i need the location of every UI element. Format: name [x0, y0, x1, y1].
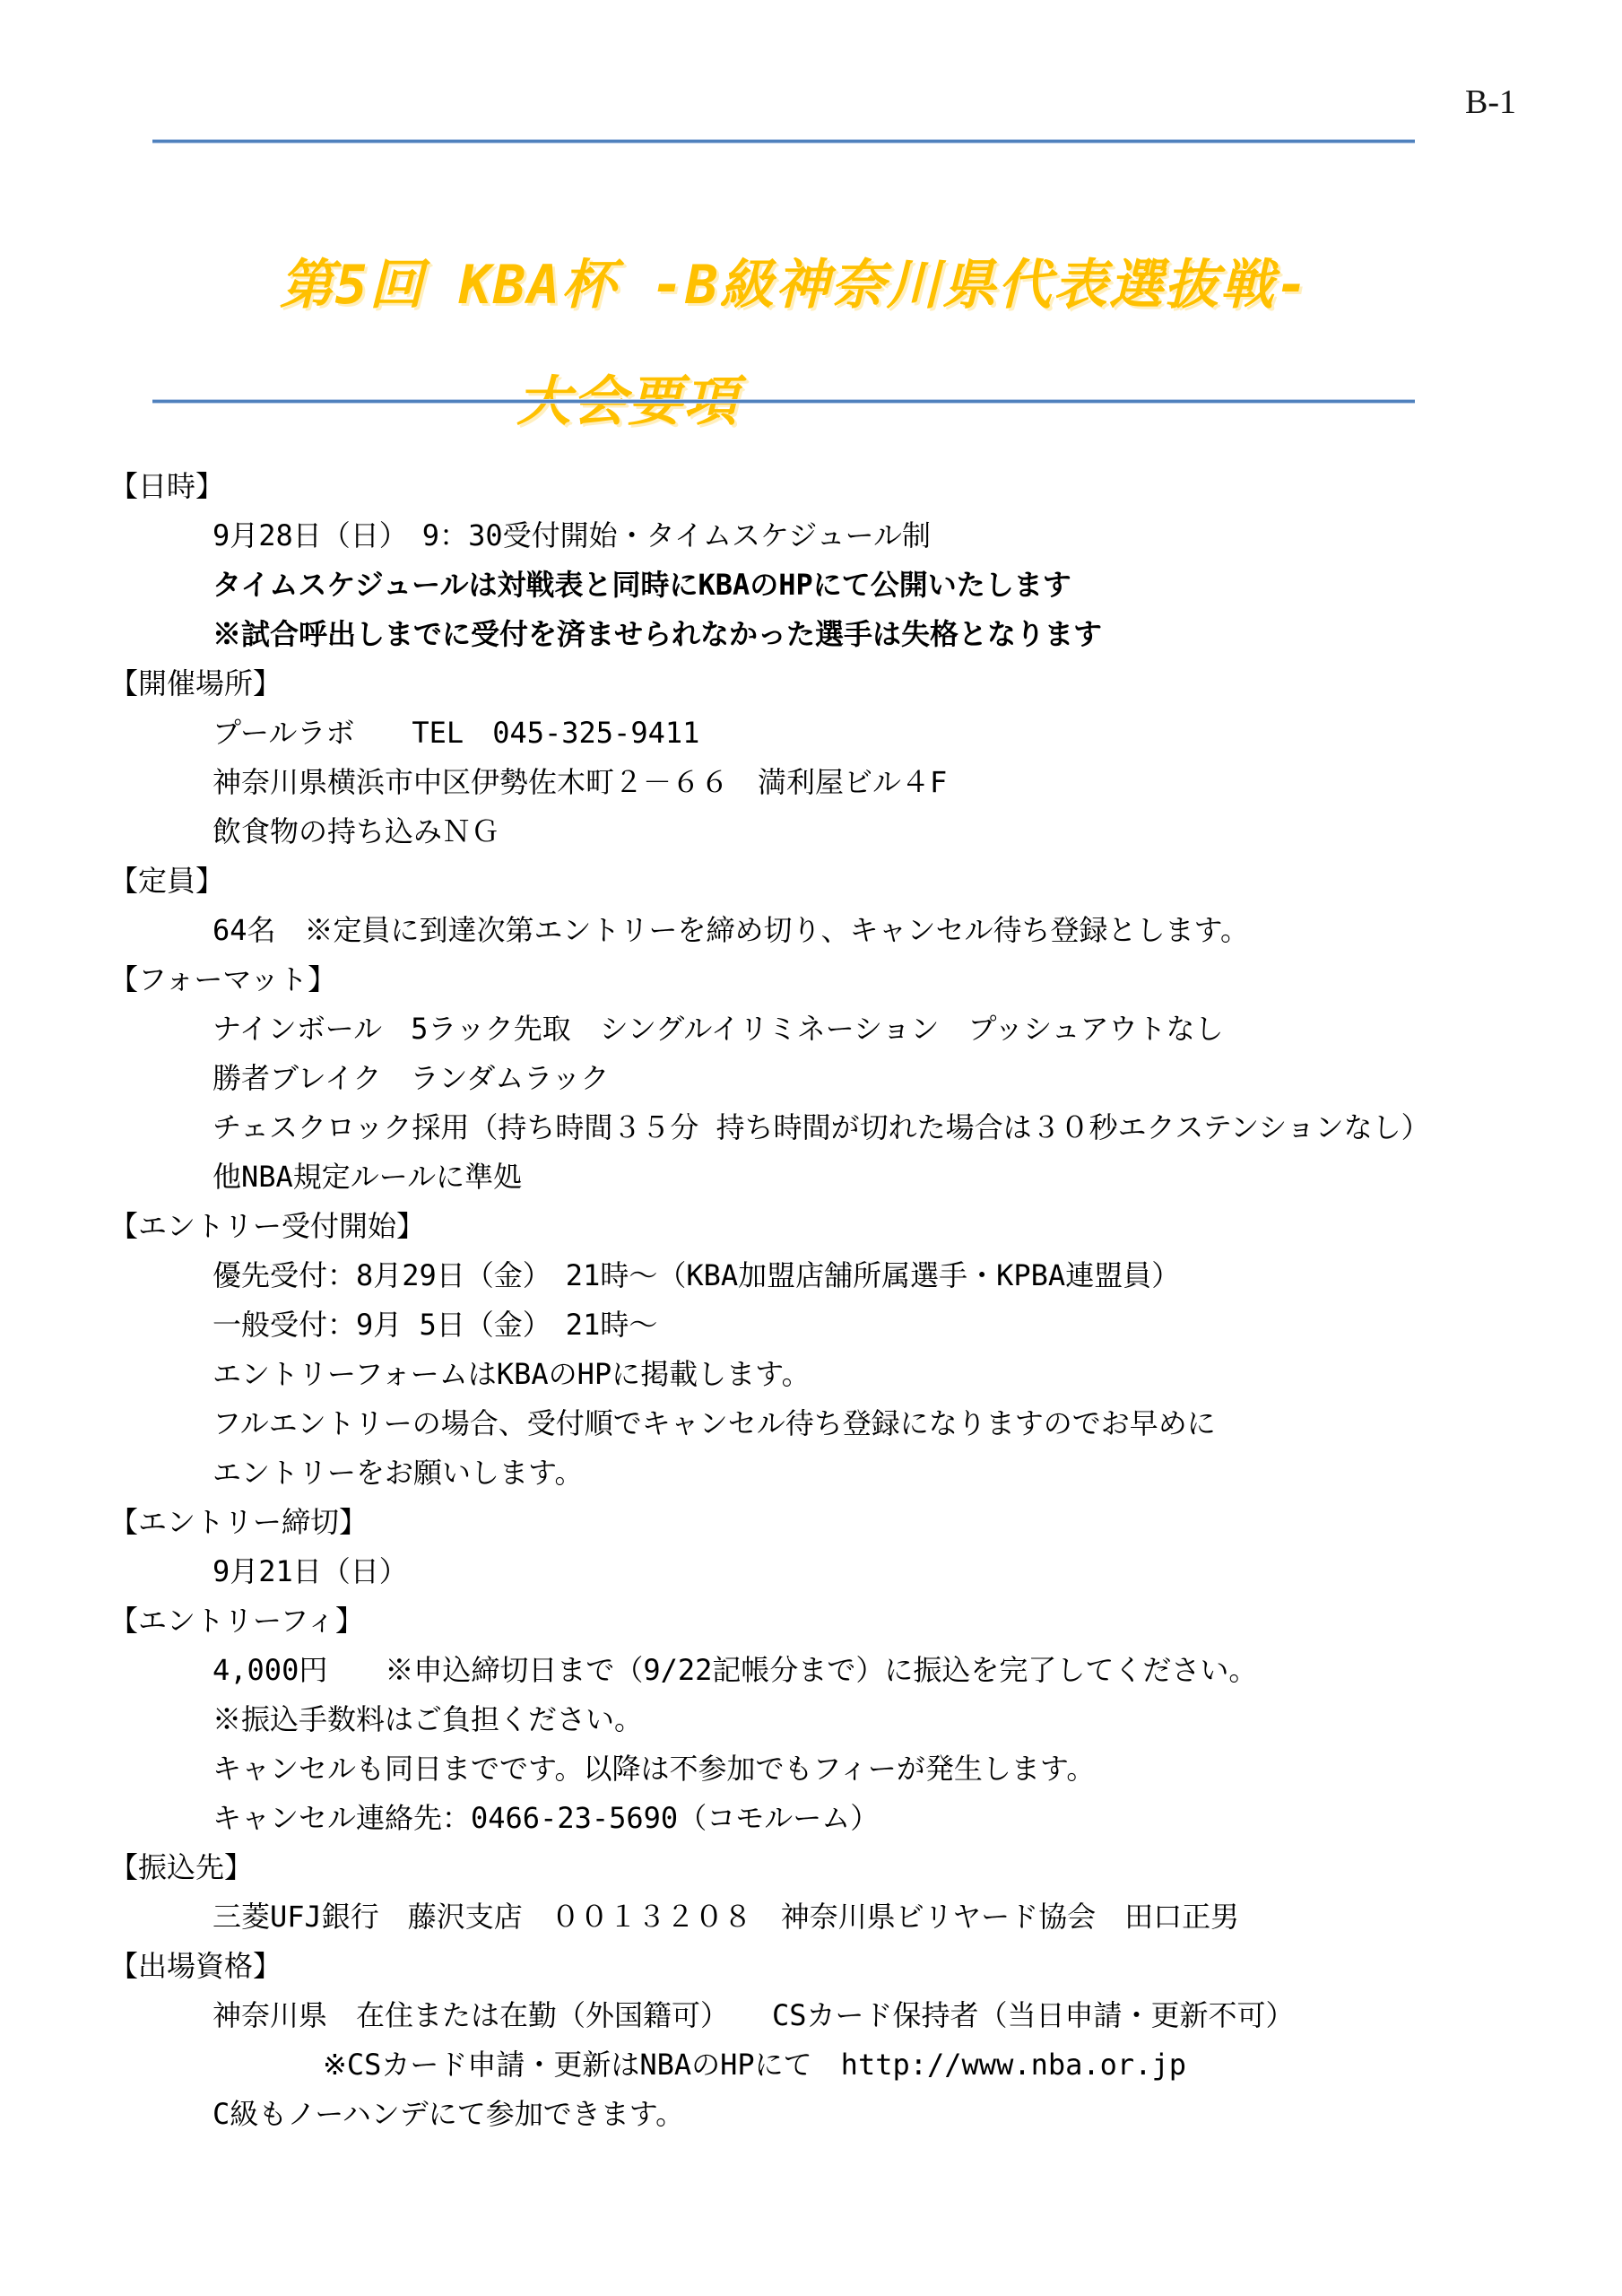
section-line: エントリーフォームはKBAのHPに掲載します。	[0, 1350, 1622, 1399]
section-line: タイムスケジュールは対戦表と同時にKBAのHPにて公開いたします	[0, 561, 1622, 610]
section-heading: 【定員】	[0, 857, 1622, 906]
section-line: 9月28日（日） 9：30受付開始・タイムスケジュール制	[0, 511, 1622, 561]
section-line: 他NBA規定ルールに準処	[0, 1152, 1622, 1202]
section-line: 三菱UFJ銀行 藤沢支店 ００１３２０８ 神奈川県ビリヤード協会 田口正男	[0, 1892, 1622, 1942]
section-line: ※CSカード申請・更新はNBAのHPにて http://www.nba.or.j…	[0, 2040, 1622, 2090]
section-heading: 【エントリー締切】	[0, 1498, 1622, 1547]
page-number: B-1	[1465, 83, 1516, 122]
section-heading: 【フォーマット】	[0, 955, 1622, 1004]
section-line: 一般受付：9月 5日（金） 21時～	[0, 1300, 1622, 1350]
section-heading: 【日時】	[0, 462, 1622, 511]
section-line: 4,000円 ※申込締切日まで（9/22記帳分まで）に振込を完了してください。	[0, 1646, 1622, 1695]
section-line: キャンセル連絡先：0466-23-5690（コモルーム）	[0, 1794, 1622, 1843]
divider-top	[152, 140, 1415, 143]
section-line: 勝者ブレイク ランダムラック	[0, 1054, 1622, 1103]
section-line: フルエントリーの場合、受付順でキャンセル待ち登録になりますのでお早めに	[0, 1399, 1622, 1448]
document-body: 【日時】9月28日（日） 9：30受付開始・タイムスケジュール制タイムスケジュー…	[0, 462, 1622, 2139]
doc-title-line2: 大会要項	[516, 359, 739, 436]
section-line: チェスクロック採用（持ち時間３５分 持ち時間が切れた場合は３０秒エクステンション…	[0, 1103, 1622, 1152]
section-line: C級もノーハンデにて参加できます。	[0, 2090, 1622, 2139]
section-line: ※試合呼出しまでに受付を済ませられなかった選手は失格となります	[0, 610, 1622, 659]
section-line: プールラボ TEL 045-325-9411	[0, 709, 1622, 758]
divider-bottom	[152, 400, 1415, 403]
section-line: 神奈川県 在住または在勤（外国籍可） CSカード保持者（当日申請・更新不可）	[0, 1991, 1622, 2040]
section-line: 9月21日（日）	[0, 1547, 1622, 1596]
section-heading: 【振込先】	[0, 1843, 1622, 1892]
section-heading: 【エントリー受付開始】	[0, 1202, 1622, 1251]
section-line: エントリーをお願いします。	[0, 1448, 1622, 1498]
section-line: ※振込手数料はご負担ください。	[0, 1695, 1622, 1744]
section-line: ナインボール 5ラック先取 シングルイリミネーション プッシュアウトなし	[0, 1004, 1622, 1054]
section-line: 神奈川県横浜市中区伊勢佐木町２－６６ 満利屋ビル４F	[0, 758, 1622, 807]
section-heading: 【出場資格】	[0, 1942, 1622, 1991]
section-line: 飲食物の持ち込みＮＧ	[0, 807, 1622, 857]
section-heading: 【エントリーフィ】	[0, 1596, 1622, 1646]
section-line: 64名 ※定員に到達次第エントリーを締め切り、キャンセル待ち登録とします。	[0, 906, 1622, 955]
section-line: 優先受付：8月29日（金） 21時～（KBA加盟店舗所属選手・KPBA連盟員）	[0, 1251, 1622, 1300]
section-heading: 【開催場所】	[0, 659, 1622, 709]
section-line: キャンセルも同日までです。以降は不参加でもフィーが発生します。	[0, 1744, 1622, 1794]
